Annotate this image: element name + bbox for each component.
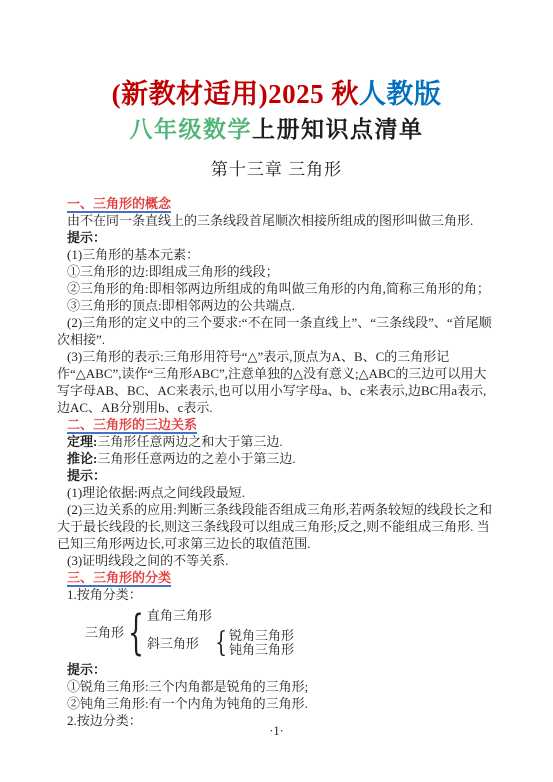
- brace-icon: {: [128, 608, 144, 656]
- document-body: 一、三角形的概念 由不在同一条直线上的三条线段首尾顺次相接所组成的图形叫做三角形…: [57, 195, 497, 729]
- list-item: ②钝角三角形:有一个内角为钝角的三角形.: [57, 695, 497, 712]
- paragraph: 由不在同一条直线上的三条线段首尾顺次相接所组成的图形叫做三角形.: [57, 212, 497, 229]
- diagram-branch-1: 直角三角形: [147, 607, 294, 624]
- title-part-black: 上册知识点清单: [252, 117, 424, 142]
- section-heading-2: 二、三角形的三边关系: [57, 416, 497, 433]
- classification-diagram: 三角形 { 直角三角形 斜三角形 { 锐角三角形 钝角三角形: [85, 605, 497, 659]
- chapter-title: 第十三章 三角形: [0, 161, 553, 180]
- section-heading-3: 三、三角形的分类: [57, 569, 497, 586]
- list-item: ③三角形的顶点:即相邻两边的公共端点.: [57, 297, 497, 314]
- diagram-branches: 直角三角形 斜三角形 { 锐角三角形 钝角三角形: [147, 607, 294, 657]
- paragraph: (3)三角形的表示:三角形用符号“△”表示,顶点为A、B、C的三角形记作“△AB…: [57, 348, 497, 416]
- theorem-label: 定理:: [67, 434, 97, 449]
- theorem-line: 定理:三角形任意两边之和大于第三边.: [57, 433, 497, 450]
- tip-label: 提示：: [57, 661, 497, 678]
- diagram-root-label: 三角形: [85, 624, 124, 641]
- paragraph: 1.按角分类：: [57, 586, 497, 603]
- tip-label: 提示：: [57, 229, 497, 246]
- diagram-sub-branch-2: 钝角三角形: [229, 643, 294, 657]
- paragraph: (3)证明线段之间的不等关系.: [57, 552, 497, 569]
- section-heading-1: 一、三角形的概念: [57, 195, 497, 212]
- diagram-branch-2-row: 斜三角形 { 锐角三角形 钝角三角形: [147, 629, 294, 657]
- brace-icon: {: [215, 629, 227, 657]
- corollary-line: 推论:三角形任意两边的之差小于第三边.: [57, 450, 497, 467]
- title-part-blue: 人教版: [359, 79, 442, 109]
- paragraph: (1)理论依据:两点之间线段最短.: [57, 484, 497, 501]
- document-page: (新教材适用)2025 秋人教版 八年级数学上册知识点清单 第十三章 三角形 一…: [0, 0, 553, 782]
- list-item: ①锐角三角形:三个内角都是锐角的三角形;: [57, 678, 497, 695]
- diagram-branch-2: 斜三角形: [147, 635, 199, 652]
- list-item: ②三角形的角:即相邻两边所组成的角叫做三角形的内角,简称三角形的角；: [57, 280, 497, 297]
- document-title-line1: (新教材适用)2025 秋人教版: [0, 80, 553, 108]
- list-item: ①三角形的边:即组成三角形的线段；: [57, 263, 497, 280]
- paragraph: (2)三角形的定义中的三个要求:“不在同一条直线上”、“三条线段”、“首尾顺次相…: [57, 314, 497, 348]
- page-number: ·1·: [0, 724, 553, 739]
- title-part-red: (新教材适用)2025 秋: [112, 79, 359, 109]
- document-title-line2: 八年级数学上册知识点清单: [0, 118, 553, 142]
- diagram-sub-branches: 锐角三角形 钝角三角形: [229, 629, 294, 657]
- diagram-sub-branch-1: 锐角三角形: [229, 629, 294, 643]
- paragraph: (2)三边关系的应用:判断三条线段能否组成三角形,若两条较短的线段长之和大于最长…: [57, 501, 497, 552]
- paragraph: (1)三角形的基本元素：: [57, 246, 497, 263]
- corollary-label: 推论:: [67, 451, 97, 466]
- tip-label: 提示：: [57, 467, 497, 484]
- title-part-green: 八年级数学: [130, 117, 253, 142]
